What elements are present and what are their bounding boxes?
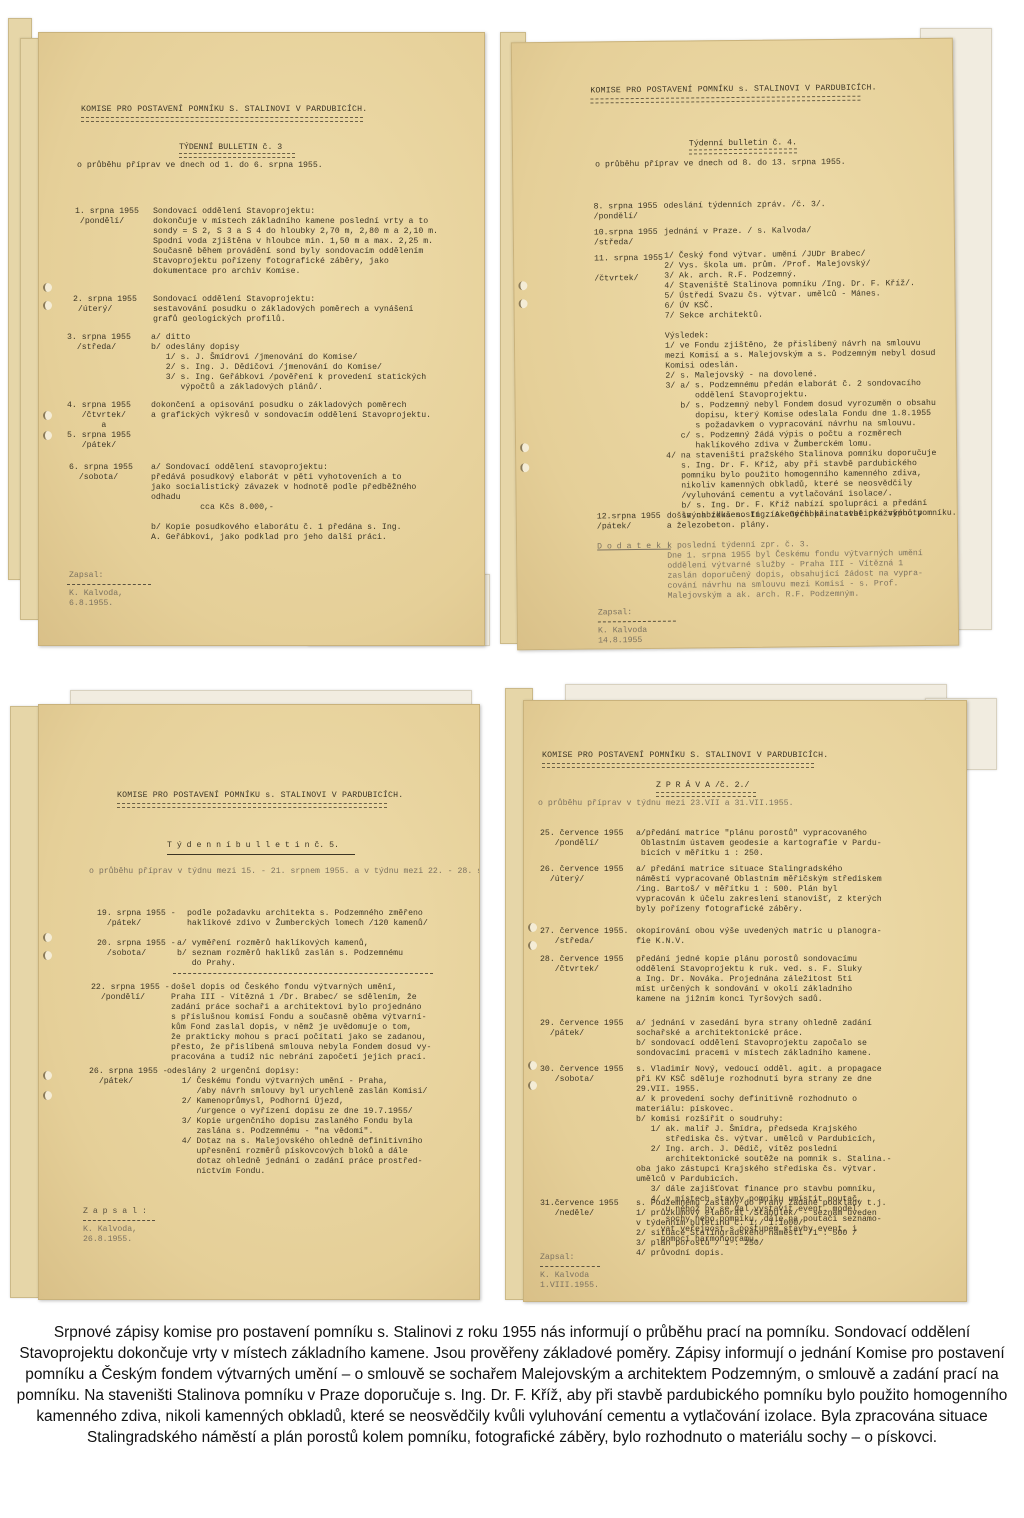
signature-label: Zapsal: (540, 1253, 574, 1263)
signature-label: Zapsal: (69, 571, 103, 581)
entry-text: a/ jednání v zasedání byra strany ohledn… (636, 1019, 872, 1059)
entry-text: jednání v Praze. / s. Kalvoda/ (664, 226, 812, 238)
committee-header: KOMISE PRO POSTAVENÍ POMNÍKU s. STALINOV… (590, 84, 876, 97)
punch-hole (528, 923, 537, 932)
punch-hole (528, 1061, 537, 1070)
entry-date: 22. srpna 1955 - /pondělí/ (91, 983, 170, 1003)
document-title: T ý d e n n í b u l l e t i n č. 5. (167, 841, 339, 851)
signature-line (540, 1266, 600, 1267)
entry-text: předání jedné kopie plánu porostů sondov… (636, 955, 862, 1005)
entry-date: 25. července 1955 /pondělí/ (540, 829, 624, 849)
punch-hole (520, 443, 529, 452)
punch-hole (43, 301, 52, 310)
document-subtitle: o průběhu příprav v týdnu mezi 23.VII a … (538, 799, 794, 809)
caption-text: Srpnové zápisy komise pro postavení pomn… (12, 1322, 1012, 1448)
header-underline (590, 96, 860, 104)
entry-date: 31.července 1955 /neděle/ (540, 1199, 619, 1219)
document-page-bulletin-5: KOMISE PRO POSTAVENÍ POMNÍKU s. STALINOV… (38, 704, 480, 1300)
entry-text: a/ vyměření rozměrů haklíkových kamenů, … (177, 939, 403, 969)
committee-header: KOMISE PRO POSTAVENÍ POMNÍKU s. STALINOV… (117, 791, 403, 801)
entry-text: a/ ditto b/ odeslány dopisy 1/ s. J. Šmí… (151, 333, 426, 393)
document-title: TÝDENNÍ BULLETIN č. 3 (179, 143, 282, 153)
document-page-report-2: KOMISE PRO POSTAVENÍ POMNÍKU S. STALINOV… (523, 700, 967, 1302)
entry-date: 26. srpna 1955 - /pátek/ (89, 1067, 168, 1087)
entry-date: 1. srpna 1955 /pondělí/ (75, 207, 139, 227)
entry-text: došla nabídka s. Ing. A. Geřábka na stat… (667, 509, 923, 532)
title-underline (179, 153, 295, 158)
entry-text: 1/ Český fond výtvar. umění /JUDr Brabec… (664, 249, 957, 522)
entry-date: 8. srpna 1955 /pondělí/ (594, 202, 658, 223)
entry-text: Sondovací oddělení Stavoprojektu: sestav… (153, 295, 413, 325)
document-subtitle: o průběhu příprav v týdnu mezi 15. - 21.… (89, 867, 480, 877)
punch-hole (43, 431, 52, 440)
punch-hole (518, 281, 527, 290)
entry-date: 28. července 1955 /čtvrtek/ (540, 955, 624, 975)
entry-date: 6. srpna 1955 /sobota/ (69, 463, 133, 483)
signature: K. Kalvoda, 6.8.1955. (69, 589, 123, 609)
committee-header: KOMISE PRO POSTAVENÍ POMNÍKU S. STALINOV… (81, 105, 367, 115)
title-underline (656, 792, 756, 797)
document-stack-bulletin-4: KOMISE PRO POSTAVENÍ POMNÍKU s. STALINOV… (500, 18, 1020, 658)
entry-date: 20. srpna 1955 - /sobota/ (97, 939, 176, 959)
punch-hole (43, 933, 52, 942)
header-underline (117, 803, 387, 808)
entry-text: a/předání matrice "plánu porostů" vyprac… (636, 829, 882, 859)
document-page-bulletin-3: KOMISE PRO POSTAVENÍ POMNÍKU S. STALINOV… (38, 32, 485, 646)
document-stack-bulletin-5: KOMISE PRO POSTAVENÍ POMNÍKU s. STALINOV… (10, 690, 500, 1310)
entry-date: 2. srpna 1955 /úterý/ (73, 295, 137, 315)
entry-text: dokončení a opisování posudku o základov… (151, 401, 431, 421)
entry-date: 30. července 1955 /sobota/ (540, 1065, 624, 1085)
signature: K. Kalvoda 14.8.1955 (598, 626, 647, 647)
document-stack-bulletin-3: KOMISE PRO POSTAVENÍ POMNÍKU S. STALINOV… (8, 14, 498, 654)
entry-date: 10.srpna 1955 /středa/ (594, 228, 658, 249)
punch-hole (43, 1071, 52, 1080)
entry-text: došel dopis od Českého fondu výtvarných … (171, 983, 431, 1063)
entry-text: s. Podzemnému zaslány do Prahy žádané po… (636, 1199, 887, 1259)
punch-hole (519, 299, 528, 308)
document-title: Z P R Á V A /č. 2./ (656, 781, 749, 791)
document-stack-report-2: KOMISE PRO POSTAVENÍ POMNÍKU S. STALINOV… (505, 684, 1020, 1310)
signature-label: Zapsal: (598, 608, 633, 618)
entry-text: a/ Sondovací oddělení stavoprojektu: pře… (151, 463, 416, 543)
entry-text: odeslání týdenních zpráv. /č. 3/. (664, 200, 826, 212)
document-subtitle: o průběhu příprav ve dnech od 1. do 6. s… (77, 161, 323, 171)
signature: K. Kalvoda 1.VIII.1955. (540, 1271, 599, 1291)
punch-hole (528, 941, 537, 950)
entry-date: 4. srpna 1955 /čtvrtek/ a 5. srpna 1955 … (67, 401, 131, 451)
committee-header: KOMISE PRO POSTAVENÍ POMNÍKU S. STALINOV… (542, 751, 828, 761)
title-underline (167, 854, 355, 855)
entry-text: a/ předání matrice situace Stalingradské… (636, 865, 882, 915)
entry-text: okopírování obou výše uvedených matric u… (636, 927, 882, 947)
punch-hole (43, 283, 52, 292)
signature-label: Z a p s a l : (83, 1207, 147, 1217)
entry-text: Sondovací oddělení Stavoprojektu: dokonč… (153, 207, 438, 277)
entry-date: 11. srpna 1955 /čtvrtek/ (594, 254, 663, 285)
punch-hole (520, 463, 529, 472)
separator-line (173, 973, 433, 974)
entry-date: 26. července 1955 /úterý/ (540, 865, 624, 885)
entry-date: 12.srpna 1955 /pátek/ (597, 512, 661, 533)
punch-hole (528, 1081, 537, 1090)
header-underline (81, 117, 363, 122)
title-underline (689, 148, 797, 154)
punch-hole (43, 951, 52, 960)
entry-date: 19. srpna 1955 - /pátek/ (97, 909, 176, 929)
punch-hole (43, 411, 52, 420)
signature: K. Kalvoda, 26.8.1955. (83, 1225, 137, 1245)
punch-hole (43, 1091, 52, 1100)
document-subtitle: o průběhu příprav ve dnech od 8. do 13. … (595, 158, 846, 171)
entry-date: 27. července 1955. /středa/ (540, 927, 628, 947)
entry-text: podle požadavku architekta s. Podzemného… (187, 909, 428, 929)
signature-line (598, 621, 676, 623)
signature-line (67, 584, 151, 585)
entry-text: odeslány 2 urgenční dopisy: 1/ Českému f… (167, 1067, 427, 1177)
signature-line (83, 1220, 155, 1221)
entry-date: 3. srpna 1955 /středa/ (67, 333, 131, 353)
entry-date: D o d a t e k : (597, 542, 671, 553)
document-page-bulletin-4: KOMISE PRO POSTAVENÍ POMNÍKU s. STALINOV… (511, 38, 959, 651)
entry-date: 29. července 1955 /pátek/ (540, 1019, 624, 1039)
entry-text: k poslední týdenní zpr. č. 3. Dne 1. srp… (667, 539, 923, 602)
header-underline (542, 763, 814, 768)
